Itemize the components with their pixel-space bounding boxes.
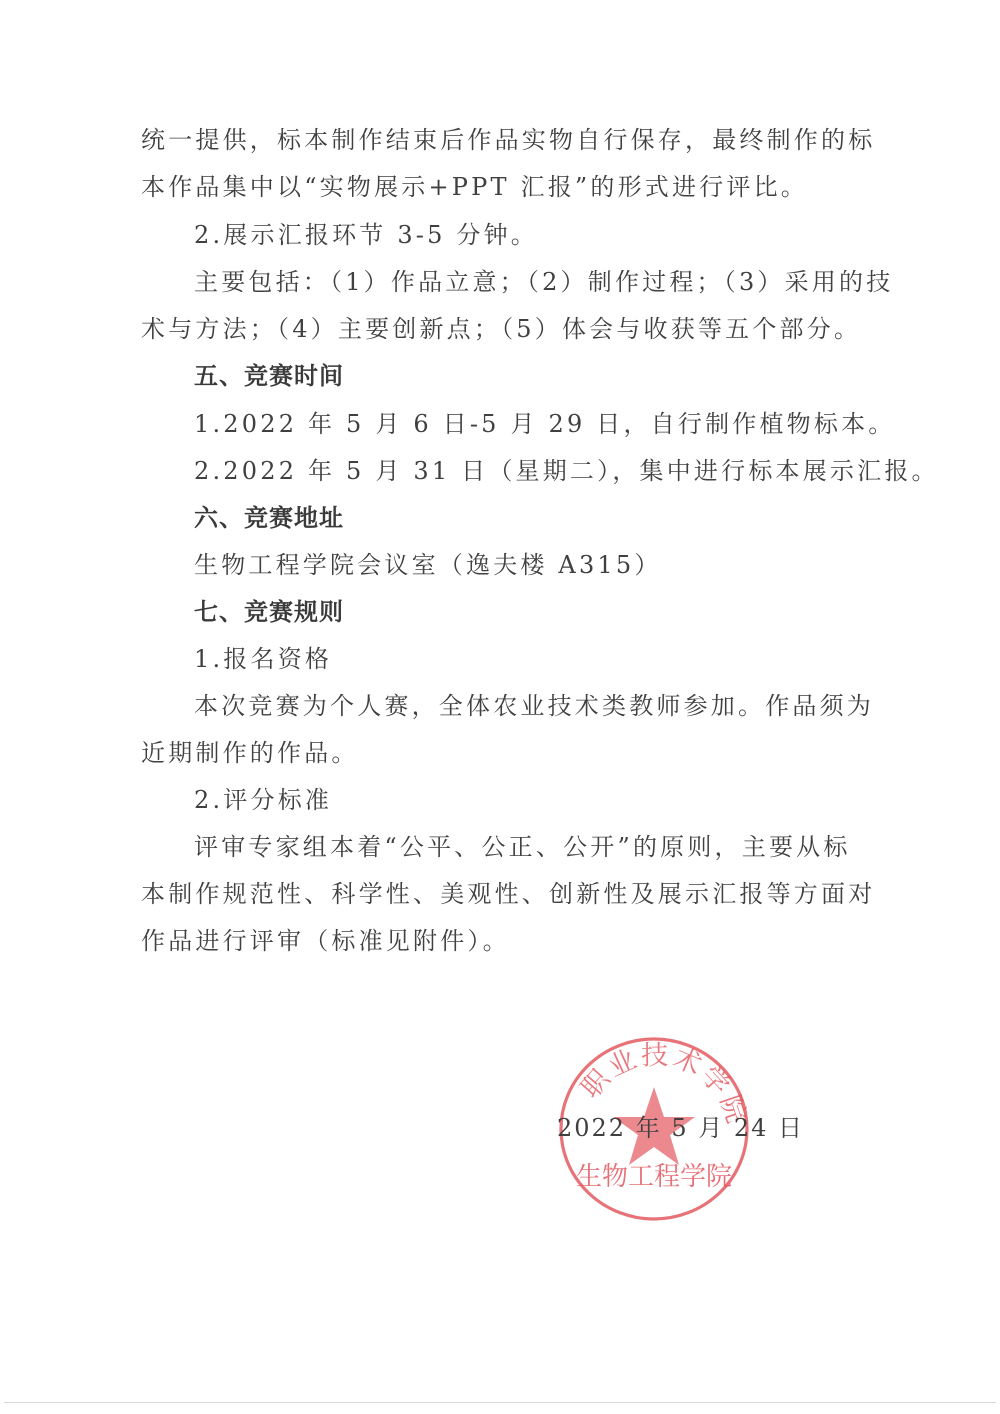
seal-center-text: 生物工程学院 — [576, 1162, 732, 1192]
section-heading-time: 五、竞赛时间 — [194, 360, 344, 392]
section-heading-location: 六、竞赛地址 — [194, 502, 344, 534]
paragraph-line: 本次竞赛为个人赛，全体农业技术类教师参加。作品须为 — [194, 690, 874, 722]
paragraph-line: 作品进行评审（标准见附件）。 — [141, 925, 510, 957]
signature-date: 2022 年 5 月 24 日 — [557, 1112, 804, 1144]
paragraph-line: 2.展示汇报环节 3-5 分钟。 — [194, 219, 538, 251]
section-heading-rules: 七、竞赛规则 — [194, 596, 344, 628]
paragraph-line: 术与方法；（4）主要创新点；（5）体会与收获等五个部分。 — [141, 313, 861, 345]
paragraph-line: 近期制作的作品。 — [141, 737, 359, 769]
paragraph-line: 统一提供，标本制作结束后作品实物自行保存，最终制作的标 — [141, 124, 875, 156]
paragraph-line: 主要包括：（1）作品立意；（2）制作过程；（3）采用的技 — [194, 266, 893, 298]
paragraph-line: 本制作规范性、科学性、美观性、创新性及展示汇报等方面对 — [141, 878, 875, 910]
paragraph-line: 生物工程学院会议室（逸夫楼 A315） — [194, 549, 662, 581]
document-page: 统一提供，标本制作结束后作品实物自行保存，最终制作的标 本作品集中以“实物展示+… — [0, 0, 1000, 1414]
paragraph-line: 评审专家组本着“公平、公正、公开”的原则，主要从标 — [194, 831, 851, 863]
paragraph-line: 2.评分标准 — [194, 784, 332, 816]
page-bottom-edge — [4, 1402, 996, 1403]
paragraph-line: 本作品集中以“实物展示+PPT 汇报”的形式进行评比。 — [141, 171, 808, 203]
paragraph-line: 1.报名资格 — [194, 643, 332, 675]
paragraph-line: 1.2022 年 5 月 6 日-5 月 29 日，自行制作植物标本。 — [194, 408, 895, 440]
paragraph-line: 2.2022 年 5 月 31 日（星期二），集中进行标本展示汇报。 — [194, 455, 939, 487]
